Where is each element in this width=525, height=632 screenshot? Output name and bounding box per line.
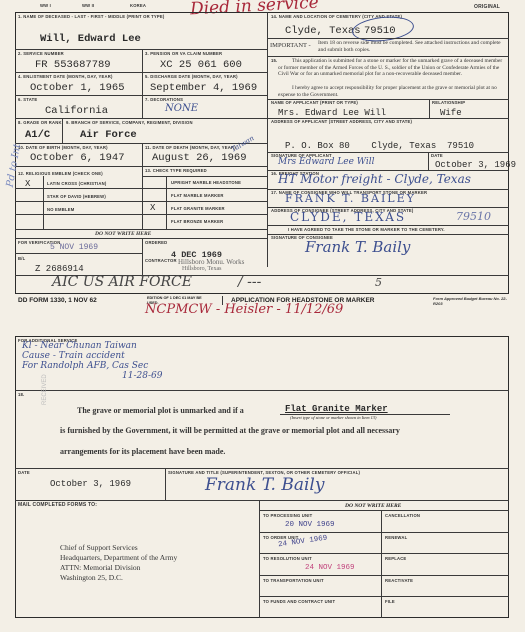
checkbox-korea-label: KOREA bbox=[130, 3, 146, 8]
do-not-write-label: DO NOT WRITE HERE bbox=[95, 231, 151, 237]
claim-number-field[interactable]: XC 25 061 600 bbox=[160, 59, 242, 71]
applicant-address-field[interactable]: P. O. Box 80 Clyde, Texas 79510 bbox=[285, 141, 474, 151]
marker-caption: (Insert type of stone or marker shown in… bbox=[290, 415, 376, 420]
deceased-name-field[interactable]: Will, Edward Lee bbox=[40, 33, 141, 45]
contractor-city: Hillsboro, Texas bbox=[182, 266, 221, 272]
replace-label: REPLACE bbox=[385, 556, 406, 561]
freight-station-field[interactable]: HT Motor freight - Clyde, Texas bbox=[278, 172, 471, 186]
bl-label: B/L bbox=[18, 256, 25, 261]
item15-text: This application is submitted for a ston… bbox=[278, 58, 506, 78]
death-date-field[interactable]: August 26, 1969 bbox=[152, 152, 247, 164]
applicant-signature[interactable]: Mrs Edward Lee Will bbox=[278, 157, 375, 167]
item15-agreement: I hereby agree to accept responsibility … bbox=[278, 85, 506, 98]
religious-emblem-label: 12. RELIGIOUS EMBLEM (Check one) bbox=[18, 171, 103, 176]
verification-stamp: 5 NOV 1969 bbox=[50, 243, 98, 252]
budget-approval: Form Approved Budget Bureau No. 22-R203 bbox=[433, 296, 513, 306]
marker-type-field[interactable]: Flat Granite Marker bbox=[285, 404, 388, 414]
decorations-label: 7. DECORATIONS bbox=[145, 97, 183, 102]
renewal-label: RENEWAL bbox=[385, 535, 407, 540]
name-label: 1. NAME OF DECEASED - LAST - FIRST - MID… bbox=[18, 14, 165, 19]
resolution-stamp: 24 NOV 1969 bbox=[305, 564, 355, 572]
type-flat-granite: FLAT GRANITE MARKER bbox=[171, 206, 225, 211]
note-line: Cause - Train accident bbox=[22, 351, 162, 361]
resolution-unit-label: TO RESOLUTION UNIT bbox=[263, 556, 312, 561]
mail-address-line: Washington 25, D.C. bbox=[60, 573, 177, 583]
state-label: 6. STATE bbox=[18, 97, 37, 102]
consignee-address-field[interactable]: CLYDE, TEXAS bbox=[290, 210, 406, 224]
reverse-date-label: DATE bbox=[18, 470, 30, 475]
item18-label: 18. bbox=[18, 392, 24, 397]
office-do-not-write: DO NOT WRITE HERE bbox=[345, 503, 401, 509]
item18-text-a: The grave or memorial plot is unmarked a… bbox=[77, 406, 244, 415]
type-required-label: 13. CHECK TYPE REQUIRED bbox=[145, 168, 207, 173]
type-mark-flat-granite[interactable]: X bbox=[150, 203, 155, 213]
consignee-signature[interactable]: Frank T. Baily bbox=[305, 238, 410, 256]
mail-to-label: MAIL COMPLETED FORMS TO: bbox=[18, 502, 97, 508]
received-stamp: RECEIVED bbox=[42, 374, 48, 405]
note-line: For Randolph AFB, Cas Sec bbox=[22, 361, 162, 371]
emblem-mark-latin-cross[interactable]: X bbox=[25, 179, 30, 189]
important-text: Item 18 on reverse side must be complete… bbox=[318, 40, 503, 54]
agreement-text: I HAVE AGREED TO TAKE THE STONE OR MARKE… bbox=[288, 227, 445, 232]
reverse-date-field[interactable]: October 3, 1969 bbox=[50, 479, 131, 489]
emblem-none: NO EMBLEM bbox=[47, 207, 74, 212]
relationship-label: RELATIONSHIP bbox=[432, 100, 465, 105]
cancellation-label: CANCELLATION bbox=[385, 513, 420, 518]
handwritten-dash: / --- bbox=[238, 274, 261, 290]
form-id: DD FORM 1330, 1 NOV 62 bbox=[18, 297, 97, 304]
mail-address-line: Headquarters, Department of the Army bbox=[60, 553, 177, 563]
consignee-name-field[interactable]: FRANK T. BAILEY bbox=[285, 192, 416, 205]
important-label: IMPORTANT - bbox=[270, 42, 311, 49]
grade-field[interactable]: A1/C bbox=[25, 129, 50, 141]
discharge-date-field[interactable]: September 4, 1969 bbox=[150, 82, 257, 94]
birth-date-label: 10. DATE OF BIRTH (Month, day, year) bbox=[18, 145, 108, 150]
decorations-field[interactable]: NONE bbox=[165, 103, 198, 114]
branch-field[interactable]: Air Force bbox=[80, 129, 137, 141]
bl-number: Z 2686914 bbox=[35, 264, 84, 274]
checkbox-ww2-label: WW II bbox=[82, 3, 94, 8]
item18-text-c: arrangements for its placement have been… bbox=[60, 447, 225, 456]
type-flat-marble: FLAT MARBLE MARKER bbox=[171, 193, 224, 198]
checkbox-ww1-label: WW I bbox=[40, 3, 51, 8]
application-date-field[interactable]: October 3, 1969 bbox=[435, 160, 516, 170]
funds-unit-label: TO FUNDS AND CONTRACT UNIT bbox=[263, 599, 335, 604]
applicant-name-label: NAME OF APPLICANT (Print or Type) bbox=[271, 100, 358, 105]
service-number-field[interactable]: FR 553687789 bbox=[35, 59, 111, 71]
type-upright-marble: UPRIGHT MARBLE HEADSTONE bbox=[171, 180, 241, 185]
date-label: DATE bbox=[431, 153, 443, 158]
emblem-latin-cross: LATIN CROSS (Christian) bbox=[47, 181, 106, 186]
mail-address-line: Chief of Support Services bbox=[60, 543, 177, 553]
relationship-field[interactable]: Wife bbox=[440, 108, 462, 118]
claim-number-label: 3. PENSION OR VA CLAIM NUMBER bbox=[145, 51, 222, 56]
mail-address-line: ATTN: Memorial Division bbox=[60, 563, 177, 573]
branch-label: 9. BRANCH OF SERVICE, COMPANY, REGIMENT,… bbox=[66, 120, 193, 125]
official-signature[interactable]: Frank T. Baily bbox=[205, 475, 324, 495]
consignee-zip-field[interactable]: 79510 bbox=[456, 210, 491, 223]
processing-unit-label: TO PROCESSING UNIT bbox=[263, 513, 312, 518]
applicant-name-field[interactable]: Mrs. Edward Lee Will bbox=[278, 108, 386, 118]
cemetery-location-field[interactable]: Clyde, Texas bbox=[285, 25, 361, 37]
item18-text-b: is furnished by the Government, it will … bbox=[60, 426, 400, 435]
emblem-star-of-david: STAR OF DAVID (Hebrew) bbox=[47, 194, 106, 199]
office-table-divider bbox=[259, 500, 260, 618]
contractor-name: Hillsboro Monu. Works bbox=[178, 258, 244, 266]
processing-stamp: 20 NOV 1969 bbox=[285, 521, 335, 529]
original-label: ORIGINAL bbox=[474, 4, 500, 10]
ordered-label: ORDERED bbox=[145, 240, 167, 245]
birth-date-field[interactable]: October 6, 1947 bbox=[30, 152, 125, 164]
transportation-unit-label: TO TRANSPORTATION UNIT bbox=[263, 578, 324, 583]
handwritten-5: 5 bbox=[375, 276, 382, 289]
mail-address: Chief of Support Services Headquarters, … bbox=[60, 543, 177, 583]
state-field[interactable]: California bbox=[45, 105, 108, 117]
reactivate-label: REACTIVATE bbox=[385, 578, 413, 583]
type-flat-bronze: FLAT BRONZE MARKER bbox=[171, 219, 223, 224]
handwritten-aic-usaf: AIC US AIR FORCE bbox=[52, 274, 192, 290]
enlistment-date-label: 4. ENLISTMENT DATE (Month, day, year) bbox=[18, 74, 113, 79]
handwritten-red-annotation: NCPMCW - Heisler - 11/12/69 bbox=[145, 302, 343, 317]
discharge-date-label: 5. DISCHARGE DATE (Month, day, year) bbox=[145, 74, 238, 79]
note-line: Kl - Near Chunan Taiwan bbox=[22, 341, 162, 351]
death-date-label: 11. DATE OF DEATH (Month, day, year) bbox=[145, 145, 236, 150]
enlistment-date-field[interactable]: October 1, 1965 bbox=[30, 82, 125, 94]
service-number-label: 2. SERVICE NUMBER bbox=[18, 51, 64, 56]
applicant-address-label: ADDRESS OF APPLICANT (Street address, Ci… bbox=[271, 119, 412, 124]
grade-label: 8. GRADE OR RANK bbox=[18, 120, 62, 125]
file-label: FILE bbox=[385, 599, 395, 604]
item15-label: 15. bbox=[271, 58, 277, 63]
